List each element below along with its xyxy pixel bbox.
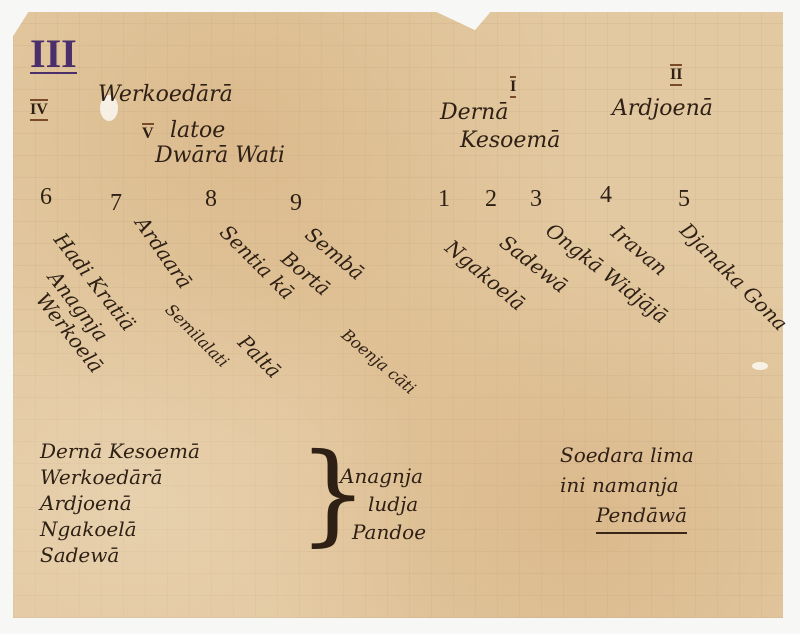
section-title-line2: Dwārā Wati	[155, 143, 285, 168]
section-title: Ardjoenā	[612, 96, 713, 121]
summary-name: Sadewā	[40, 542, 200, 568]
page-numeral: III	[30, 36, 77, 74]
section-title: Werkoedārā	[98, 82, 233, 107]
paper-hole	[752, 362, 768, 370]
column-number: 8	[205, 186, 217, 213]
column-number: 9	[290, 190, 302, 217]
brace-target: Anagnja	[340, 462, 426, 490]
column-number: 1	[438, 186, 450, 213]
section-title-line1: latoe	[170, 118, 225, 143]
column-number: 5	[678, 186, 690, 213]
closing-note: Soedara lima ini namanja Pendāwā	[560, 440, 694, 534]
summary-list: Dernā Kesoemā Werkoedārā Ardjoenā Ngakoe…	[40, 438, 200, 568]
note-line: ini namanja	[560, 470, 694, 500]
summary-name: Dernā Kesoemā	[40, 438, 200, 464]
note-signature: Pendāwā	[596, 500, 687, 534]
column-number: 6	[40, 184, 52, 211]
brace-target: Pandoe	[340, 518, 426, 546]
brace-targets: Anagnja ludja Pandoe	[340, 462, 426, 546]
section-title-line1: Dernā	[440, 100, 508, 125]
summary-name: Ardjoenā	[40, 490, 200, 516]
column-number: 3	[530, 186, 542, 213]
section-title-line2: Kesoemā	[460, 128, 560, 153]
section-numeral: IV	[30, 99, 48, 121]
summary-name: Werkoedārā	[40, 464, 200, 490]
note-line: Soedara lima	[560, 440, 694, 470]
section-numeral: V	[142, 123, 154, 143]
summary-name: Ngakoelā	[40, 516, 200, 542]
section-numeral: II	[670, 64, 682, 86]
column-number: 7	[110, 190, 122, 217]
section-numeral: I	[510, 76, 516, 98]
brace-target: ludja	[340, 490, 426, 518]
column-number: 2	[485, 186, 497, 213]
column-number: 4	[600, 182, 612, 209]
